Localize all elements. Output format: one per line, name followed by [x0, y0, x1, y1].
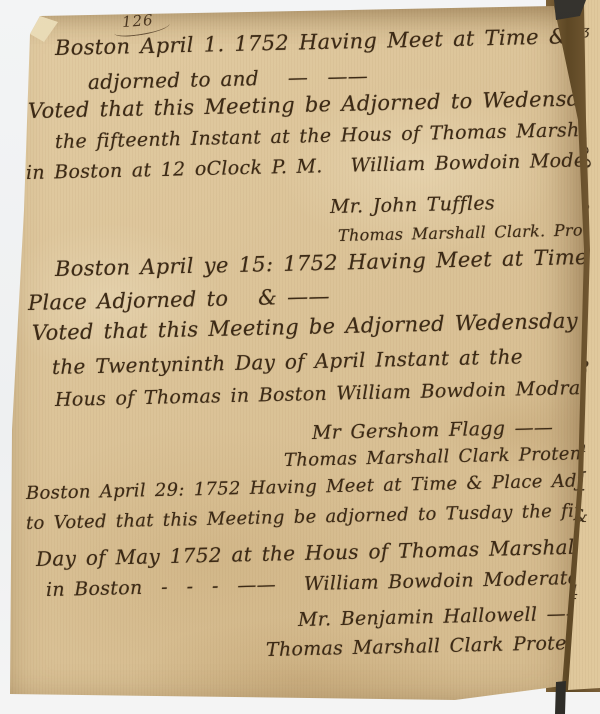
manuscript-line: Boston April ye 15: 1752 Having Meet at …	[55, 244, 600, 281]
manuscript-line: to Voted that this Meeting be adjorned t…	[26, 500, 600, 534]
manuscript-line: Thomas Marshall Clark Protem	[284, 443, 588, 471]
manuscript-line: Mr. John Tuffles	[330, 192, 495, 218]
manuscript-line: Mr Gershom Flagg ——	[312, 417, 554, 444]
manuscript-line: in Boston - - - —— William Bowdoin Moder…	[46, 567, 580, 601]
manuscript-line: the fifteenth Instant at the Hous of Tho…	[55, 119, 600, 153]
manuscript-page: 126 Boston April 1. 1752 Having Meet at …	[0, 0, 600, 714]
manuscript-line: Thomas Marshall Clark Protemp	[266, 631, 598, 661]
manuscript-line: Place Adjorned to & ——	[28, 284, 330, 315]
manuscript-line: Day of May 1752 at the Hous of Thomas Ma…	[36, 535, 582, 571]
manuscript-line: in Boston at 12 oClock P. M. William Bow…	[26, 148, 600, 184]
manuscript-line: the Twentyninth Day of April Instant at …	[52, 344, 523, 379]
manuscript-line: Boston April 29: 1752 Having Meet at Tim…	[26, 469, 600, 504]
manuscript-line: Hous of Thomas in Boston William Bowdoin…	[55, 377, 600, 411]
manuscript-line: Mr. Benjamin Hallowell ——	[298, 602, 586, 631]
manuscript-line: Thomas Marshall Clark. Prot.	[338, 220, 595, 245]
manuscript-line: Voted that this Meeting be Adjorned Wede…	[32, 309, 578, 345]
scanned-document: ʒ N. 400 2 3 8 m H & 4 126 Boston April …	[0, 0, 600, 714]
manuscript-line: adjorned to and — ——	[88, 64, 369, 94]
